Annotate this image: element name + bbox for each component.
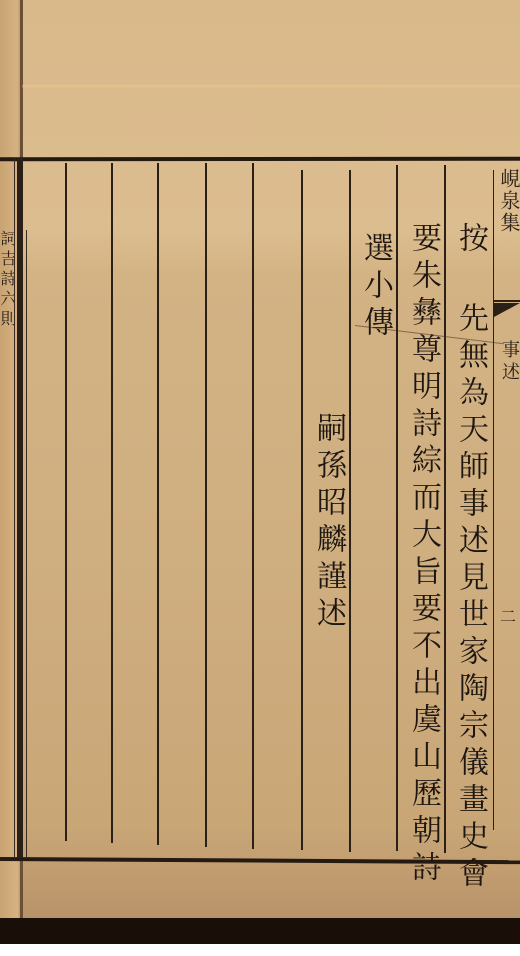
banxin-frame [493, 170, 520, 830]
column-divider [157, 163, 159, 845]
column-divider [205, 163, 207, 847]
document-viewport: 詞吉詩六則 峴泉集 事述 二 按 先無為天師事述見世家陶宗儀畫史會 要朱彝尊明詩… [0, 0, 520, 956]
page-number: 二 [500, 604, 520, 627]
left-border-thick [17, 158, 23, 858]
text-column-1: 先無為天師事述見世家陶宗儀畫史會 [450, 302, 490, 894]
banxin-book-title: 峴泉集 [497, 168, 520, 234]
column-divider [349, 170, 351, 852]
column-divider [444, 165, 446, 853]
text-column-heading: 按 [450, 222, 490, 259]
left-border-thin-inner [26, 230, 27, 858]
left-border-thin-outer [14, 158, 15, 858]
fish-tail-mark [494, 303, 520, 317]
fish-tail-line [494, 300, 520, 302]
column-divider [252, 163, 254, 849]
bottom-strip [0, 944, 520, 956]
column-divider [396, 165, 398, 851]
top-border-rule [0, 157, 520, 161]
text-column-signature: 嗣孫昭麟謹述 [308, 412, 348, 634]
book-page: 詞吉詩六則 峴泉集 事述 二 按 先無為天師事述見世家陶宗儀畫史會 要朱彝尊明詩… [0, 0, 520, 918]
text-column-2: 要朱彝尊明詩綜而大旨要不出虞山歷朝詩 [403, 222, 443, 888]
column-divider [65, 163, 67, 841]
banxin-section-title: 事述 [497, 340, 520, 384]
column-divider [111, 163, 113, 843]
paper-fold [22, 85, 520, 89]
column-divider [301, 170, 303, 850]
left-page-fragment-text: 詞吉詩六則 [0, 230, 14, 330]
